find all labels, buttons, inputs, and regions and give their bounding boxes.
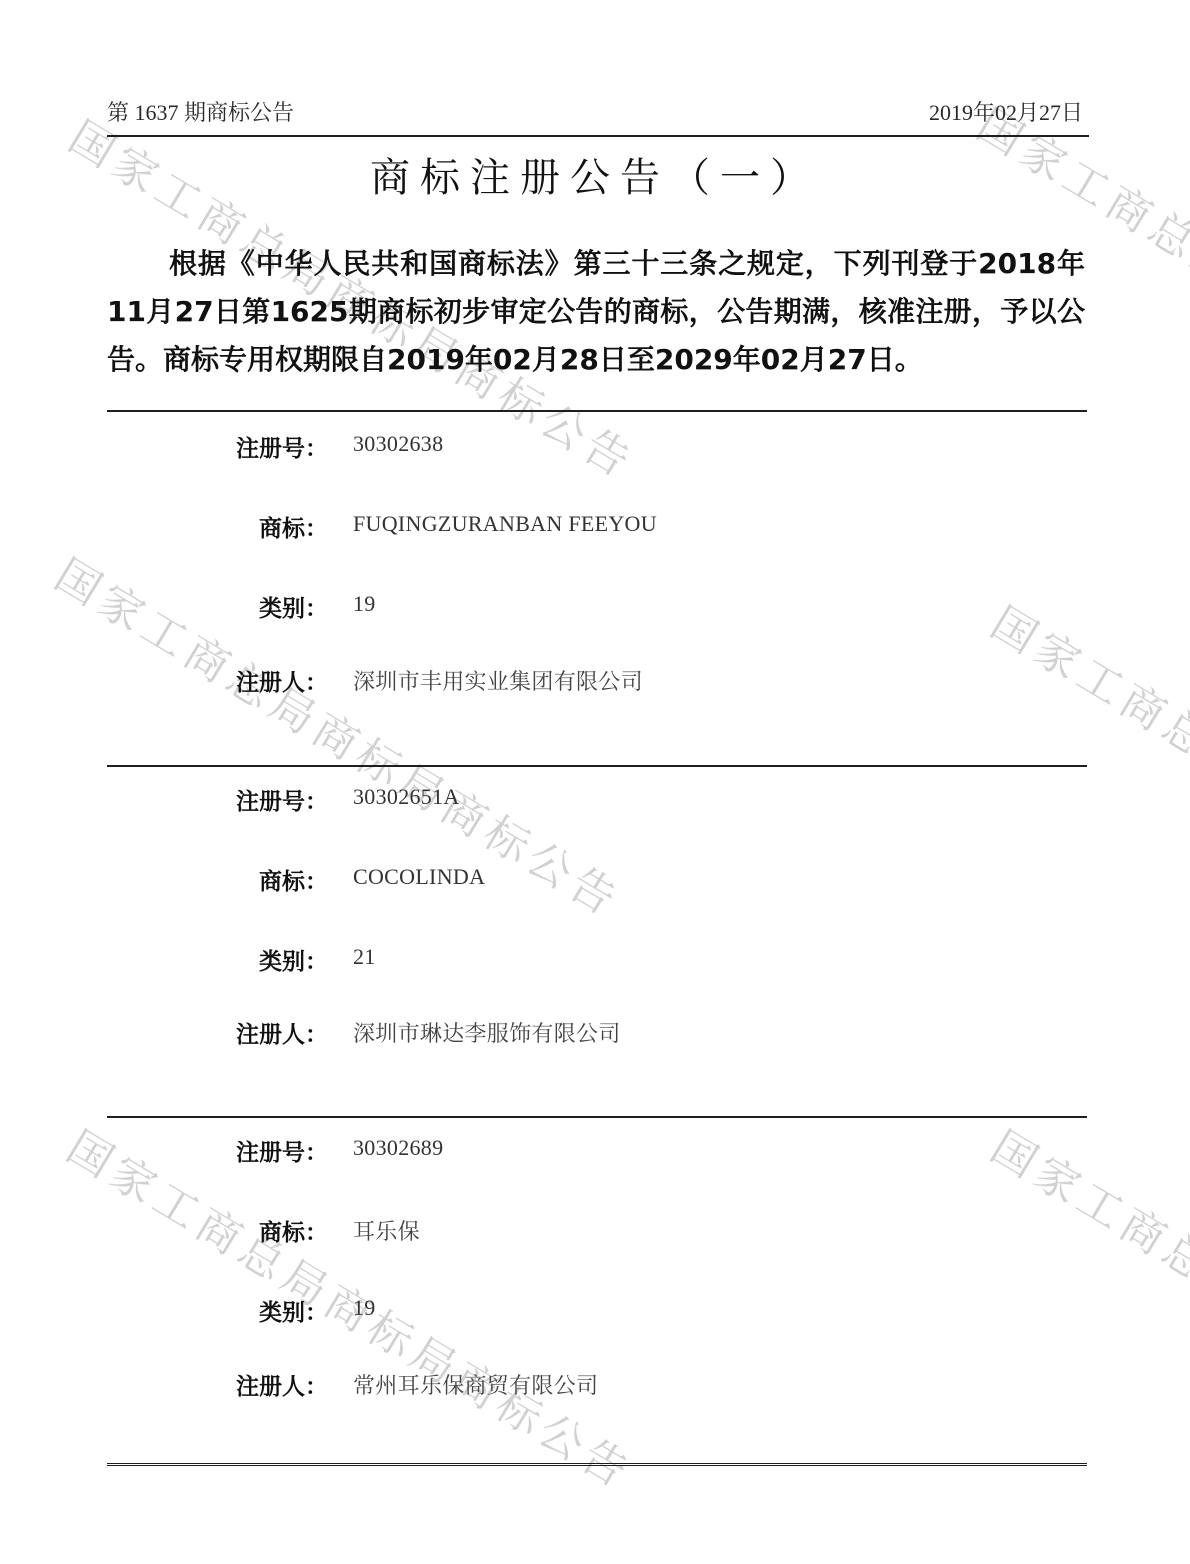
reg-no-value: 30302651A — [353, 784, 460, 810]
registrant-value: 深圳市丰用实业集团有限公司 — [353, 665, 643, 696]
issue-date: 2019年02月27日 — [929, 96, 1083, 127]
registrant-label: 注册人： — [236, 664, 328, 697]
reg-no-label: 注册号： — [236, 1134, 328, 1167]
page-title: 商标注册公告（一） — [0, 146, 1190, 203]
mark-label: 商标： — [259, 1214, 328, 1247]
registrant-label: 注册人： — [236, 1368, 328, 1401]
announcement-preamble: 根据《中华人民共和国商标法》第三十三条之规定，下列刊登于2018年11月27日第… — [107, 240, 1085, 384]
registrant-value: 常州耳乐保商贸有限公司 — [353, 1369, 598, 1400]
reg-no-value: 30302638 — [353, 431, 443, 457]
class-value: 19 — [353, 1295, 376, 1321]
bottom-divider — [107, 1463, 1087, 1466]
mark-label: 商标： — [259, 510, 328, 543]
reg-no-label: 注册号： — [236, 430, 328, 463]
registrant-value: 深圳市琳达李服饰有限公司 — [353, 1017, 621, 1048]
record-divider — [107, 1116, 1087, 1118]
class-label: 类别： — [259, 590, 328, 623]
registrant-label: 注册人： — [236, 1016, 328, 1049]
field-mark: 商标： 耳乐保 — [0, 1214, 1190, 1250]
class-value: 21 — [353, 944, 376, 970]
field-mark: 商标： COCOLINDA — [0, 863, 1190, 899]
field-registrant: 注册人： 深圳市丰用实业集团有限公司 — [0, 664, 1190, 700]
class-label: 类别： — [259, 1294, 328, 1327]
field-registrant: 注册人： 深圳市琳达李服饰有限公司 — [0, 1016, 1190, 1052]
class-label: 类别： — [259, 943, 328, 976]
field-reg-no: 注册号： 30302651A — [0, 783, 1190, 819]
field-class: 类别： 19 — [0, 590, 1190, 626]
field-class: 类别： 19 — [0, 1294, 1190, 1330]
mark-label: 商标： — [259, 863, 328, 896]
mark-value: COCOLINDA — [353, 864, 485, 890]
header-divider — [107, 135, 1089, 137]
trademark-gazette-page: 国家工商总局商标局商标公告 国家工商总局商标局商标公告 国家工商总局商标局商标公… — [0, 0, 1190, 1564]
mark-value: 耳乐保 — [353, 1215, 420, 1246]
mark-value: FUQINGZURANBAN FEEYOU — [353, 511, 657, 537]
record-divider — [107, 765, 1087, 767]
reg-no-value: 30302689 — [353, 1135, 443, 1161]
page-header: 第 1637 期商标公告 2019年02月27日 — [107, 94, 1083, 128]
issue-number: 第 1637 期商标公告 — [107, 96, 294, 127]
record-divider — [107, 410, 1087, 412]
reg-no-label: 注册号： — [236, 783, 328, 816]
field-mark: 商标： FUQINGZURANBAN FEEYOU — [0, 510, 1190, 546]
field-class: 类别： 21 — [0, 943, 1190, 979]
field-reg-no: 注册号： 30302638 — [0, 430, 1190, 466]
field-registrant: 注册人： 常州耳乐保商贸有限公司 — [0, 1368, 1190, 1404]
field-reg-no: 注册号： 30302689 — [0, 1134, 1190, 1170]
class-value: 19 — [353, 591, 376, 617]
